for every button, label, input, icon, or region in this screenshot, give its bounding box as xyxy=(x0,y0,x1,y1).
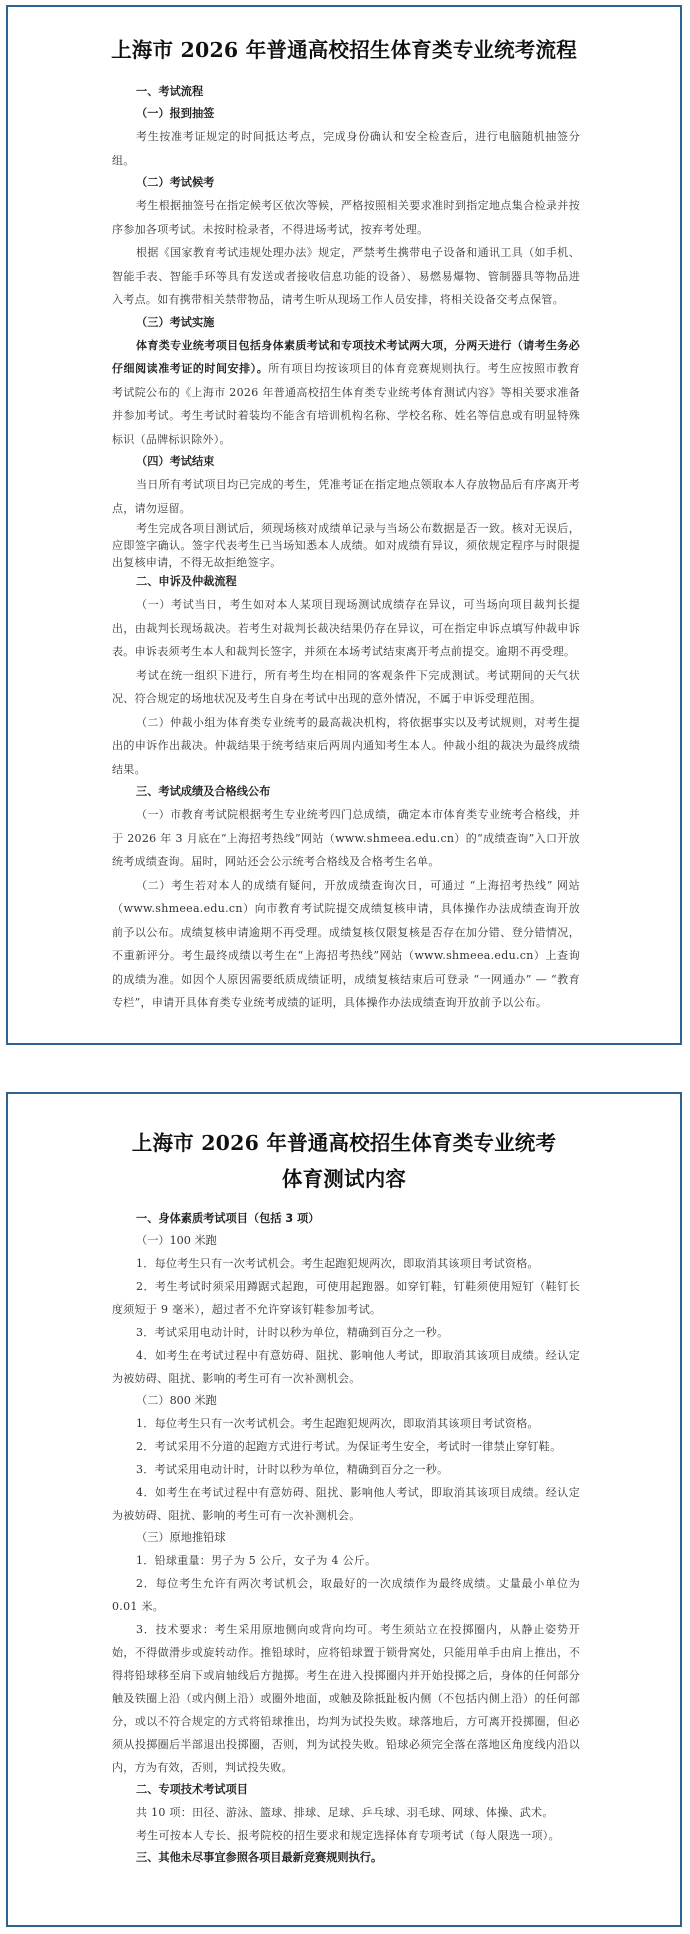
page-title-line-1: 上海市 2026 年普通高校招生体育类专业统考 xyxy=(8,1125,680,1161)
section-heading-results: 三、考试成绩及合格线公布 xyxy=(112,781,580,803)
section-heading-appeals: 二、申诉及仲裁流程 xyxy=(112,571,580,593)
paragraph: 当日所有考试项目均已完成的考生，凭准考证在指定地点领取本人存放物品后有序离开考点… xyxy=(112,473,580,520)
document-body: 一、考试流程 （一）报到抽签 考生按准考证规定的时间抵达考点，完成身份确认和安全… xyxy=(112,81,580,1015)
paragraph: （二）仲裁小组为体育类专业统考的最高裁决机构，将依据事实以及考试规则，对考生提出… xyxy=(112,711,580,782)
subheading-shot-put: （三）原地推铅球 xyxy=(112,1527,580,1549)
page-title: 上海市 2026 年普通高校招生体育类专业统考 体育测试内容 xyxy=(8,1125,680,1197)
document-body: 一、身体素质考试项目（包括 3 项） （一）100 米跑 1．每位考生只有一次考… xyxy=(112,1208,580,1869)
subheading-checkin-draw: （一）报到抽签 xyxy=(112,103,580,125)
page-title-line-2: 体育测试内容 xyxy=(8,1161,680,1197)
subheading-100m: （一）100 米跑 xyxy=(112,1230,580,1252)
list-item: 1．铅球重量：男子为 5 公斤，女子为 4 公斤。 xyxy=(112,1549,580,1572)
document-page-test-content: 上海市 2026 年普通高校招生体育类专业统考 体育测试内容 一、身体素质考试项… xyxy=(6,1092,682,1927)
section-heading-other: 三、其他未尽事宜参照各项目最新竞赛规则执行。 xyxy=(112,1847,580,1869)
paragraph: 考试在统一组织下进行，所有考生均在相同的客观条件下完成测试。考试期间的天气状况、… xyxy=(112,664,580,711)
list-item: 3．考试采用电动计时，计时以秒为单位，精确到百分之一秒。 xyxy=(112,1458,580,1481)
paragraph: 考生可按本人专长、报考院校的招生要求和规定选择体育专项考试（每人限选一项）。 xyxy=(112,1824,580,1847)
list-item: 3．考试采用电动计时，计时以秒为单位，精确到百分之一秒。 xyxy=(112,1321,580,1344)
document-page-exam-process: 上海市 2026 年普通高校招生体育类专业统考流程 一、考试流程 （一）报到抽签… xyxy=(6,5,682,1045)
paragraph: 共 10 项：田径、游泳、篮球、排球、足球、乒乓球、羽毛球、网球、体操、武术。 xyxy=(112,1801,580,1824)
paragraph: 考生完成各项目测试后，须现场核对成绩单记录与当场公布数据是否一致。核对无误后，应… xyxy=(112,520,580,571)
paragraph: （一）考试当日，考生如对本人某项目现场测试成绩存在异议，可当场向项目裁判长提出，… xyxy=(112,593,580,664)
section-heading-special-skills: 二、专项技术考试项目 xyxy=(112,1779,580,1801)
paragraph: （一）市教育考试院根据考生专业统考四门总成绩，确定本市体育类专业统考合格线，并于… xyxy=(112,803,580,874)
subheading-waiting: （二）考试候考 xyxy=(112,172,580,194)
list-item: 4．如考生在考试过程中有意妨碍、阻扰、影响他人考试，即取消其该项目成绩。经认定为… xyxy=(112,1344,580,1390)
paragraph: 考生根据抽签号在指定候考区依次等候，严格按照相关要求准时到指定地点集合检录并按序… xyxy=(112,194,580,241)
section-heading-exam-process: 一、考试流程 xyxy=(112,81,580,103)
section-heading-physical-tests: 一、身体素质考试项目（包括 3 项） xyxy=(112,1208,580,1230)
subheading-800m: （二）800 米跑 xyxy=(112,1390,580,1412)
list-item: 1．每位考生只有一次考试机会。考生起跑犯规两次，即取消其该项目考试资格。 xyxy=(112,1252,580,1275)
subheading-implementation: （三）考试实施 xyxy=(112,312,580,334)
page-title: 上海市 2026 年普通高校招生体育类专业统考流程 xyxy=(8,33,680,63)
list-item: 2．考试采用不分道的起跑方式进行考试。为保证考生安全，考试时一律禁止穿钉鞋。 xyxy=(112,1435,580,1458)
list-item: 2．每位考生允许有两次考试机会，取最好的一次成绩作为最终成绩。丈量最小单位为 0… xyxy=(112,1572,580,1618)
paragraph: 根据《国家教育考试违规处理办法》规定，严禁考生携带电子设备和通讯工具（如手机、智… xyxy=(112,241,580,312)
paragraph: （二）考生若对本人的成绩有疑问，开放成绩查询次日，可通过 “上海招考热线” 网站… xyxy=(112,874,580,1015)
paragraph: 考生按准考证规定的时间抵达考点，完成身份确认和安全检查后，进行电脑随机抽签分组。 xyxy=(112,125,580,172)
subheading-exam-end: （四）考试结束 xyxy=(112,451,580,473)
list-item: 1．每位考生只有一次考试机会。考生起跑犯规两次，即取消其该项目考试资格。 xyxy=(112,1412,580,1435)
list-item: 3．技术要求：考生采用原地侧向或背向均可。考生须站立在投掷圈内，从静止姿势开始，… xyxy=(112,1618,580,1779)
list-item: 2．考生考试时须采用蹲踞式起跑，可使用起跑器。如穿钉鞋，钉鞋须使用短钉（鞋钉长度… xyxy=(112,1275,580,1321)
list-item: 4．如考生在考试过程中有意妨碍、阻扰、影响他人考试，即取消其该项目成绩。经认定为… xyxy=(112,1481,580,1527)
paragraph: 体育类专业统考项目包括身体素质考试和专项技术考试两大项，分两天进行（请考生务必仔… xyxy=(112,334,580,452)
